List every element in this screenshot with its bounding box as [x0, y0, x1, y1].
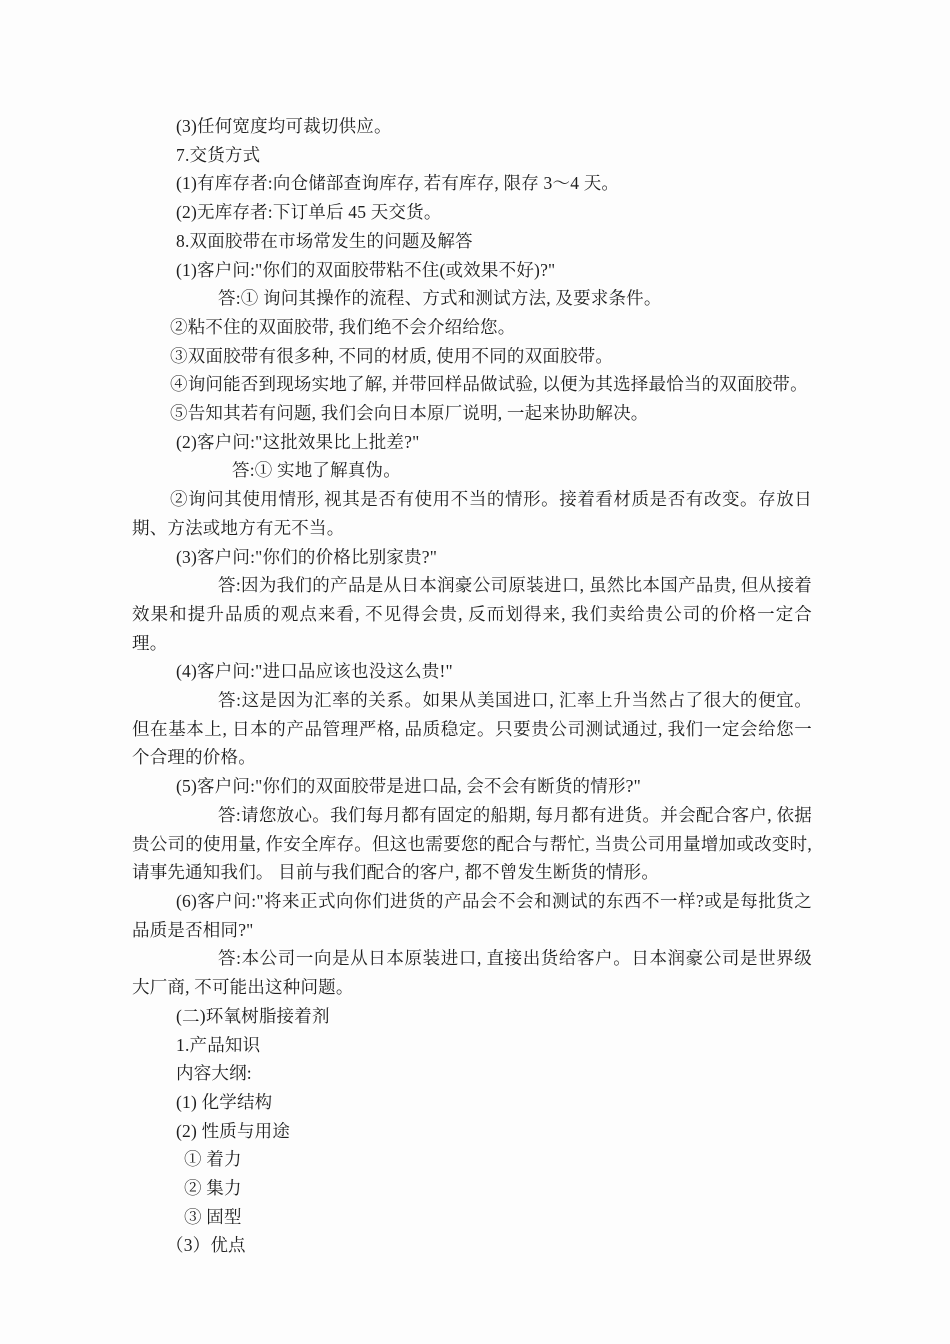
- paragraph: (2) 性质与用途: [132, 1117, 812, 1146]
- paragraph: 答:① 询问其操作的流程、方式和测试方法, 及要求条件。: [132, 284, 812, 313]
- paragraph: ③双面胶带有很多种, 不同的材质, 使用不同的双面胶带。: [132, 342, 812, 371]
- document-content: (3)任何宽度均可裁切供应。7.交货方式(1)有库存者:向仓储部查询库存, 若有…: [132, 112, 812, 1260]
- paragraph: 答:① 实地了解真伪。: [132, 456, 812, 485]
- paragraph: ② 集力: [132, 1174, 812, 1203]
- paragraph: 内容大纲:: [132, 1059, 812, 1088]
- paragraph: 答:因为我们的产品是从日本润豪公司原装进口, 虽然比本国产品贵, 但从接着效果和…: [132, 571, 812, 657]
- paragraph: （3）优点: [132, 1231, 812, 1260]
- paragraph: 答:本公司一向是从日本原装进口, 直接出货给客户。日本润豪公司是世界级大厂商, …: [132, 944, 812, 1001]
- paragraph: 答:请您放心。我们每月都有固定的船期, 每月都有进货。并会配合客户, 依据贵公司…: [132, 801, 812, 887]
- paragraph: 8.双面胶带在市场常发生的问题及解答: [132, 227, 812, 256]
- paragraph: ②询问其使用情形, 视其是否有使用不当的情形。接着看材质是否有改变。存放日期、方…: [132, 485, 812, 542]
- document-page: (3)任何宽度均可裁切供应。7.交货方式(1)有库存者:向仓储部查询库存, 若有…: [0, 0, 950, 1344]
- paragraph: (4)客户问:"进口品应该也没这么贵!": [132, 657, 812, 686]
- paragraph: ⑤告知其若有问题, 我们会向日本原厂说明, 一起来协助解决。: [132, 399, 812, 428]
- paragraph: (2)客户问:"这批效果比上批差?": [132, 428, 812, 457]
- paragraph: (二)环氧树脂接着剂: [132, 1002, 812, 1031]
- paragraph: ① 着力: [132, 1145, 812, 1174]
- paragraph: (2)无库存者:下订单后 45 天交货。: [132, 198, 812, 227]
- paragraph: 答:这是因为汇率的关系。如果从美国进口, 汇率上升当然占了很大的便宜。但在基本上…: [132, 686, 812, 772]
- paragraph: (5)客户问:"你们的双面胶带是进口品, 会不会有断货的情形?": [132, 772, 812, 801]
- paragraph: (3)任何宽度均可裁切供应。: [132, 112, 812, 141]
- paragraph: (1)有库存者:向仓储部查询库存, 若有库存, 限存 3～4 天。: [132, 169, 812, 198]
- paragraph: (1)客户问:"你们的双面胶带粘不住(或效果不好)?": [132, 256, 812, 285]
- paragraph: 7.交货方式: [132, 141, 812, 170]
- paragraph: (6)客户问:"将来正式向你们进货的产品会不会和测试的东西不一样?或是每批货之品…: [132, 887, 812, 944]
- paragraph: ③ 固型: [132, 1203, 812, 1232]
- paragraph: ②粘不住的双面胶带, 我们绝不会介绍给您。: [132, 313, 812, 342]
- paragraph: 1.产品知识: [132, 1031, 812, 1060]
- paragraph: ④询问能否到现场实地了解, 并带回样品做试验, 以便为其选择最恰当的双面胶带。: [132, 370, 812, 399]
- paragraph: (1) 化学结构: [132, 1088, 812, 1117]
- paragraph: (3)客户问:"你们的价格比别家贵?": [132, 543, 812, 572]
